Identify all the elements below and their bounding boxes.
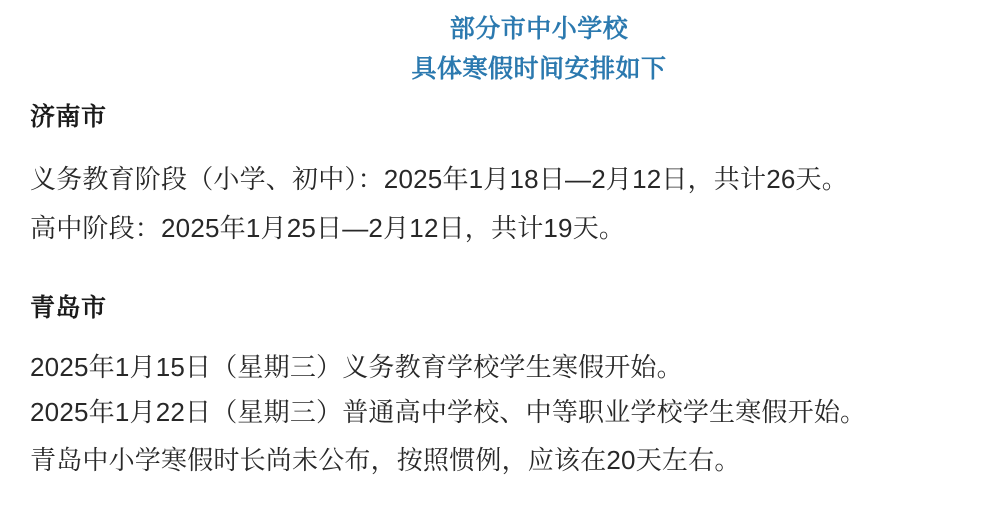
qingdao-highschool-start-text: 2025年1月22日（星期三）普通高中学校、中等职业学校学生寒假开始。 — [30, 392, 985, 432]
jinan-highschool-schedule-text: 高中阶段：2025年1月25日—2月12日，共计19天。 — [30, 208, 985, 248]
section-jinan: 济南市 义务教育阶段（小学、初中）：2025年1月18日—2月12日，共计26天… — [30, 97, 985, 248]
jinan-compulsory-schedule-text: 义务教育阶段（小学、初中）：2025年1月18日—2月12日，共计26天。 — [30, 159, 985, 199]
section-heading-qingdao: 青岛市 — [30, 288, 985, 328]
article-title: 部分市中小学校 具体寒假时间安排如下 — [30, 9, 985, 89]
section-qingdao: 青岛市 2025年1月15日（星期三）义务教育学校学生寒假开始。 2025年1月… — [30, 288, 985, 480]
qingdao-compulsory-start-text: 2025年1月15日（星期三）义务教育学校学生寒假开始。 — [30, 347, 985, 387]
qingdao-duration-note-text: 青岛中小学寒假时长尚未公布，按照惯例，应该在20天左右。 — [30, 440, 985, 480]
article-page: 部分市中小学校 具体寒假时间安排如下 济南市 义务教育阶段（小学、初中）：202… — [0, 9, 985, 480]
article-title-line-2: 具体寒假时间安排如下 — [30, 49, 985, 89]
article-title-line-1: 部分市中小学校 — [30, 9, 985, 49]
section-heading-jinan: 济南市 — [30, 97, 985, 137]
